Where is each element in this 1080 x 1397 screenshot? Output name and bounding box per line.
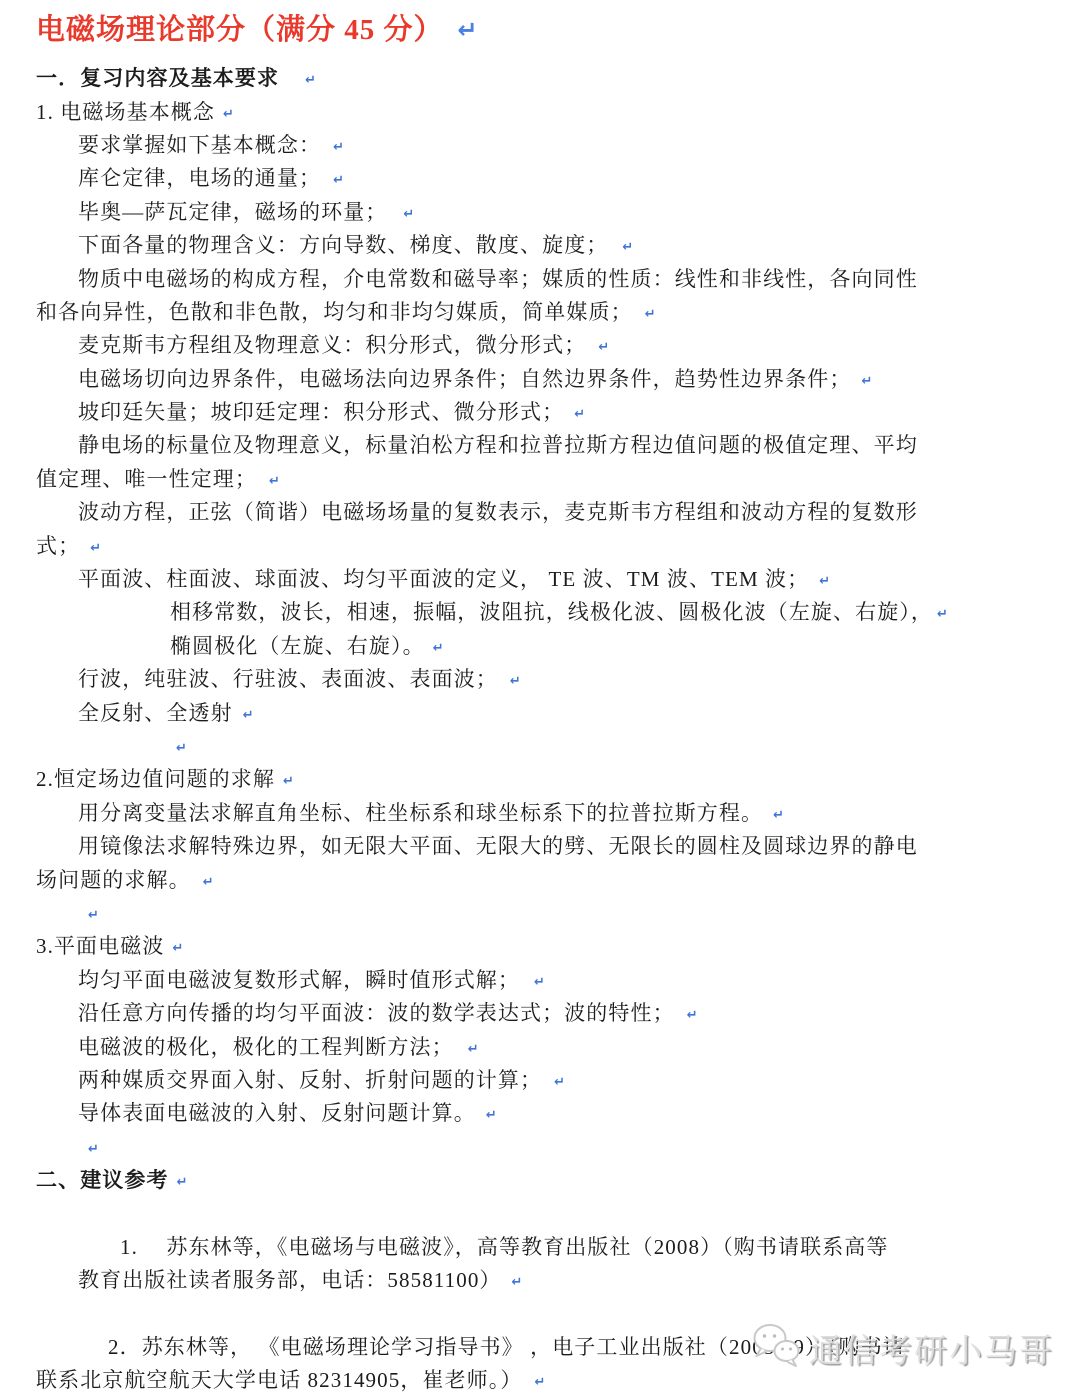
paragraph-mark-icon: ↵: [622, 241, 634, 254]
paragraph-mark-icon: ↵: [458, 18, 479, 42]
paragraph-line: 平面波、柱面波、球面波、均匀平面波的定义， TE 波、TM 波、TEM 波；↵: [36, 563, 1050, 596]
paragraph-mark-icon: ↵: [773, 809, 785, 822]
paragraph-line: 2.恒定场边值问题的求解↵: [36, 763, 1050, 796]
paragraph-text: 物质中电磁场的构成方程，介电常数和磁导率；媒质的性质：线性和非线性，各向同性: [78, 269, 918, 290]
paragraph-line: 两种媒质交界面入射、反射、折射问题的计算；↵: [36, 1064, 1050, 1097]
paragraph-line: 全反射、全透射↵: [36, 696, 1050, 729]
paragraph-line: 场问题的求解。↵: [36, 863, 1050, 896]
paragraph-text: 二、建议参考: [36, 1170, 169, 1191]
paragraph-mark-icon: ↵: [534, 976, 546, 989]
paragraph-mark-icon: ↵: [403, 208, 415, 221]
paragraph-text: 要求掌握如下基本概念：: [78, 135, 321, 156]
paragraph-text: 电磁场切向边界条件，电磁场法向边界条件；自然边界条件，趋势性边界条件；: [78, 369, 852, 390]
paragraph-text: 式；: [36, 536, 80, 557]
paragraph-mark-icon: ↵: [176, 742, 188, 755]
paragraph-line: 沿任意方向传播的均匀平面波：波的数学表达式；波的特性；↵: [36, 997, 1050, 1030]
paragraph-text: 场问题的求解。: [36, 870, 191, 891]
paragraph-line: 毕奥—萨瓦定律，磁场的环量；↵: [36, 196, 1050, 229]
paragraph-line: 用镜像法求解特殊边界，如无限大平面、无限大的劈、无限长的圆柱及圆球边界的静电: [36, 830, 1050, 863]
paragraph-line: 行波，纯驻波、行驻波、表面波、表面波；↵: [36, 663, 1050, 696]
paragraph-line: 3.平面电磁波↵: [36, 930, 1050, 963]
paragraph-line: 教育出版社读者服务部，电话：58581100）↵: [36, 1264, 1050, 1297]
paragraph-mark-icon: ↵: [88, 1143, 100, 1156]
paragraph-mark-icon: ↵: [554, 1076, 566, 1089]
paragraph-text: 一．复习内容及基本要求: [36, 68, 279, 89]
paragraph-line: 物质中电磁场的构成方程，介电常数和磁导率；媒质的性质：线性和非线性，各向同性: [36, 262, 1050, 295]
paragraph-text: 麦克斯韦方程组及物理意义：积分形式，微分形式；: [78, 335, 586, 356]
paragraph-text: 导体表面电磁波的入射、反射问题计算。: [78, 1103, 476, 1124]
paragraph-text: 相移常数，波长，相速，振幅，波阻抗，线极化波、圆极化波（左旋、右旋），: [170, 602, 933, 623]
paragraph-text: 用镜像法求解特殊边界，如无限大平面、无限大的劈、无限长的圆柱及圆球边界的静电: [78, 836, 918, 857]
section-heading: 二、建议参考↵: [36, 1164, 1050, 1197]
paragraph-mark-icon: ↵: [598, 341, 610, 354]
paragraph-line: 下面各量的物理含义：方向导数、梯度、散度、旋度；↵: [36, 229, 1050, 262]
paragraph-mark-icon: ↵: [203, 876, 215, 889]
paragraph-mark-icon: ↵: [510, 675, 522, 688]
paragraph-mark-icon: ↵: [333, 141, 345, 154]
paragraph-text: 教育出版社读者服务部，电话：58581100）: [78, 1270, 502, 1291]
paragraph-line: 联系北京航空航天大学电话 82314905，崔老师。）↵: [36, 1364, 1050, 1397]
paragraph-text: 值定理、唯一性定理；: [36, 469, 257, 490]
paragraph-line: 电磁波的极化，极化的工程判断方法；↵: [36, 1030, 1050, 1063]
paragraph-text: 全反射、全透射: [78, 703, 233, 724]
document-title: 电磁场理论部分（满分 45 分）↵: [36, 6, 1050, 54]
paragraph-text: 用分离变量法求解直角坐标、柱坐标系和球坐标系下的拉普拉斯方程。: [78, 803, 763, 824]
paragraph-text: 均匀平面电磁波复数形式解，瞬时值形式解；: [78, 970, 520, 991]
paragraph-text: 平面波、柱面波、球面波、均匀平面波的定义， TE 波、TM 波、TEM 波；: [78, 569, 809, 590]
paragraph-line: 1. 电磁场基本概念↵: [36, 95, 1050, 128]
paragraph-mark-icon: ↵: [269, 475, 281, 488]
paragraph-mark-icon: ↵: [243, 709, 255, 722]
section-heading: 一．复习内容及基本要求↵: [36, 62, 1050, 95]
paragraph-text: 和各向异性，色散和非色散，均匀和非均匀媒质，简单媒质；: [36, 302, 633, 323]
paragraph-text: 毕奥—萨瓦定律，磁场的环量；: [78, 202, 387, 223]
paragraph-mark-icon: ↵: [512, 1276, 524, 1289]
paragraph-text: 联系北京航空航天大学电话 82314905，崔老师。）: [36, 1370, 522, 1391]
paragraph-mark-icon: ↵: [333, 174, 345, 187]
spacer-line: [36, 1297, 1050, 1330]
paragraph-mark-icon: ↵: [177, 1176, 189, 1189]
paragraph-text: 坡印廷矢量；坡印廷定理：积分形式、微分形式；: [78, 402, 564, 423]
paragraph-line: 要求掌握如下基本概念：↵: [36, 129, 1050, 162]
paragraph-line: 波动方程，正弦（简谐）电磁场场量的复数表示，麦克斯韦方程组和波动方程的复数形: [36, 496, 1050, 529]
paragraph-mark-icon: ↵: [468, 1043, 480, 1056]
paragraph-mark-icon: ↵: [937, 608, 949, 621]
paragraph-mark-icon: ↵: [486, 1109, 498, 1122]
empty-paragraph: ↵: [36, 1131, 1050, 1164]
paragraph-line: 式；↵: [36, 529, 1050, 562]
paragraph-line: 用分离变量法求解直角坐标、柱坐标系和球坐标系下的拉普拉斯方程。↵: [36, 797, 1050, 830]
paragraph-line: 均匀平面电磁波复数形式解，瞬时值形式解；↵: [36, 964, 1050, 997]
paragraph-text: 电磁场理论部分（满分 45 分）: [36, 16, 444, 45]
paragraph-mark-icon: ↵: [223, 108, 235, 121]
paragraph-line: 和各向异性，色散和非色散，均匀和非均匀媒质，简单媒质；↵: [36, 296, 1050, 329]
paragraph-line: 相移常数，波长，相速，振幅，波阻抗，线极化波、圆极化波（左旋、右旋），↵: [36, 596, 1050, 629]
empty-paragraph: ↵: [36, 730, 1050, 763]
paragraph-mark-icon: ↵: [88, 909, 100, 922]
paragraph-text: 3.平面电磁波: [36, 936, 164, 957]
paragraph-mark-icon: ↵: [819, 575, 831, 588]
paragraph-line: 2．苏东林等， 《电磁场理论学习指导书》 ，电子工业出版社（2005.09）（购…: [36, 1331, 1050, 1364]
paragraph-text: 沿任意方向传播的均匀平面波：波的数学表达式；波的特性；: [78, 1003, 675, 1024]
paragraph-line: 电磁场切向边界条件，电磁场法向边界条件；自然边界条件，趋势性边界条件；↵: [36, 363, 1050, 396]
paragraph-text: 静电场的标量位及物理意义，标量泊松方程和拉普拉斯方程边值问题的极值定理、平均: [78, 435, 918, 456]
paragraph-mark-icon: ↵: [645, 308, 657, 321]
empty-paragraph: ↵: [36, 897, 1050, 930]
paragraph-line: 1. 苏东林等，《电磁场与电磁波》，高等教育出版社（2008）（购书请联系高等: [36, 1231, 1050, 1264]
paragraph-mark-icon: ↵: [90, 542, 102, 555]
paragraph-text: 椭圆极化（左旋、右旋）。: [170, 636, 425, 657]
paragraph-line: 坡印廷矢量；坡印廷定理：积分形式、微分形式；↵: [36, 396, 1050, 429]
paragraph-mark-icon: ↵: [687, 1009, 699, 1022]
paragraph-text: 行波，纯驻波、行驻波、表面波、表面波；: [78, 669, 498, 690]
paragraph-mark-icon: ↵: [283, 775, 295, 788]
spacer-line: [36, 1197, 1050, 1230]
paragraph-mark-icon: ↵: [305, 74, 317, 87]
paragraph-text: 两种媒质交界面入射、反射、折射问题的计算；: [78, 1070, 542, 1091]
paragraph-line: 麦克斯韦方程组及物理意义：积分形式，微分形式；↵: [36, 329, 1050, 362]
paragraph-line: 库仑定律，电场的通量；↵: [36, 162, 1050, 195]
paragraph-mark-icon: ↵: [862, 375, 874, 388]
paragraph-line: 值定理、唯一性定理；↵: [36, 463, 1050, 496]
paragraph-mark-icon: ↵: [574, 408, 586, 421]
paragraph-text: 波动方程，正弦（简谐）电磁场场量的复数表示，麦克斯韦方程组和波动方程的复数形: [78, 502, 918, 523]
paragraph-text: 2．苏东林等， 《电磁场理论学习指导书》 ，电子工业出版社（2005.09）（购…: [108, 1337, 905, 1358]
document-page: 电磁场理论部分（满分 45 分）↵一．复习内容及基本要求↵1. 电磁场基本概念↵…: [0, 0, 1080, 1397]
paragraph-text: 1. 电磁场基本概念: [36, 102, 215, 123]
paragraph-mark-icon: ↵: [172, 942, 184, 955]
paragraph-text: 2.恒定场边值问题的求解: [36, 769, 275, 790]
paragraph-text: 库仑定律，电场的通量；: [78, 168, 321, 189]
paragraph-text: 下面各量的物理含义：方向导数、梯度、散度、旋度；: [78, 235, 608, 256]
paragraph-text: 1. 苏东林等，《电磁场与电磁波》，高等教育出版社（2008）（购书请联系高等: [120, 1237, 889, 1258]
paragraph-line: 椭圆极化（左旋、右旋）。↵: [36, 630, 1050, 663]
paragraph-mark-icon: ↵: [534, 1376, 546, 1389]
paragraph-line: 静电场的标量位及物理意义，标量泊松方程和拉普拉斯方程边值问题的极值定理、平均: [36, 429, 1050, 462]
paragraph-mark-icon: ↵: [433, 642, 445, 655]
paragraph-line: 导体表面电磁波的入射、反射问题计算。↵: [36, 1097, 1050, 1130]
paragraph-text: 电磁波的极化，极化的工程判断方法；: [78, 1037, 454, 1058]
